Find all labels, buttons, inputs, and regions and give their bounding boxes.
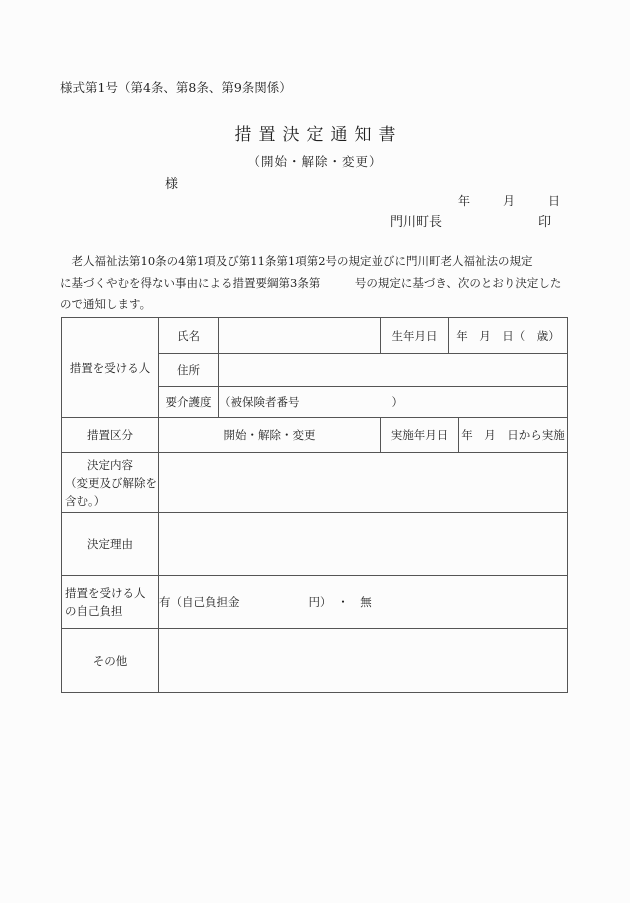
category-value-cell: 開始・解除・変更 <box>159 418 381 453</box>
table-row: その他 <box>62 629 568 693</box>
seal-mark: 印 <box>538 211 551 230</box>
self-pay-label-line-2: の自己負担 <box>62 602 158 620</box>
decision-content-label-line-3: 含む。） <box>62 492 158 510</box>
address-value-cell <box>219 354 568 387</box>
form-number: 様式第1号（第4条、第8条、第9条関係） <box>60 78 292 96</box>
document-subtitle: （開始・解除・変更） <box>0 152 630 170</box>
decision-content-label-line-2: （変更及び解除を <box>62 474 158 492</box>
document-title: 措置決定通知書 <box>0 120 630 145</box>
table-row: 措置区分 開始・解除・変更 実施年月日 年 月 日から実施 <box>62 418 568 453</box>
other-label: その他 <box>62 629 159 693</box>
self-pay-label: 措置を受ける人 の自己負担 <box>62 576 159 629</box>
birth-date-label: 生年月日 <box>381 318 449 354</box>
implementation-date-value-cell: 年 月 日から実施 <box>459 418 568 453</box>
body-line-2: に基づくやむを得ない事由による措置要綱第3条第 号の規定に基づき、次のとおり決定… <box>60 273 561 295</box>
body-paragraph: 老人福祉法第10条の4第1項及び第11条第1項第2号の規定並びに門川町老人福祉法… <box>60 251 561 316</box>
table-row: 決定理由 <box>62 513 568 576</box>
address-label: 住所 <box>159 354 219 387</box>
decision-reason-value-cell <box>159 513 568 576</box>
decision-reason-label: 決定理由 <box>62 513 159 576</box>
decision-content-label-line-1: 決定内容 <box>62 456 158 474</box>
decision-form-table: 措置を受ける人 氏名 生年月日 年 月 日（ 歳） 住所 要介護度 （被保険者番… <box>61 317 568 693</box>
insured-number-cell: （被保険者番号 ） <box>219 387 568 418</box>
issue-date-line: 年 月 日 <box>458 192 563 209</box>
name-value-cell <box>219 318 381 354</box>
issuer-name: 門川町長 <box>390 211 442 230</box>
category-label: 措置区分 <box>62 418 159 453</box>
name-label: 氏名 <box>159 318 219 354</box>
decision-content-value-cell <box>159 453 568 513</box>
implementation-date-label: 実施年月日 <box>381 418 459 453</box>
table-row: 決定内容 （変更及び解除を 含む。） <box>62 453 568 513</box>
body-line-1: 老人福祉法第10条の4第1項及び第11条第1項第2号の規定並びに門川町老人福祉法… <box>60 251 561 273</box>
table-row: 措置を受ける人 氏名 生年月日 年 月 日（ 歳） <box>62 318 568 354</box>
addressee-suffix: 様 <box>165 173 178 192</box>
document-page: 様式第1号（第4条、第8条、第9条関係） 措置決定通知書 （開始・解除・変更） … <box>0 0 630 903</box>
decision-content-label: 決定内容 （変更及び解除を 含む。） <box>62 453 159 513</box>
self-pay-label-line-1: 措置を受ける人 <box>62 584 158 602</box>
table-row: 措置を受ける人 の自己負担 有（自己負担金 円） ・ 無 <box>62 576 568 629</box>
recipient-group-label: 措置を受ける人 <box>62 318 159 418</box>
body-line-3: ので通知します。 <box>60 294 561 316</box>
other-value-cell <box>159 629 568 693</box>
care-level-label: 要介護度 <box>159 387 219 418</box>
self-pay-value-cell: 有（自己負担金 円） ・ 無 <box>159 576 568 629</box>
birth-date-value-cell: 年 月 日（ 歳） <box>449 318 568 354</box>
